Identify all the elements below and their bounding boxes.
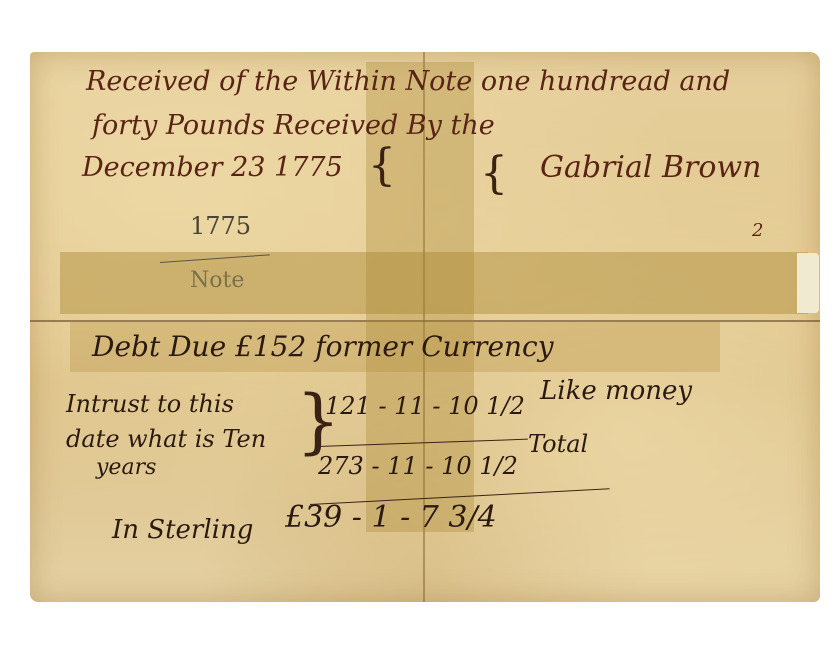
- total-amount: 273 - 11 - 10 1/2: [318, 452, 518, 480]
- total-label: Total: [528, 430, 588, 458]
- interest-label-2: date what is Ten: [66, 425, 266, 453]
- sterling-amount: £39 - 1 - 7 3/4: [285, 500, 497, 535]
- brace-mark: {: [368, 140, 396, 191]
- receipt-line-1: Received of the Within Note one hundread…: [86, 66, 730, 97]
- receipt-date: December 23 1775: [82, 152, 343, 183]
- receipt-line-2: forty Pounds Received By the: [92, 110, 495, 141]
- interest-label-3: years: [96, 455, 156, 480]
- interest-label-1: Intrust to this: [66, 390, 234, 418]
- tape-overhang: [797, 253, 819, 313]
- interest-note: Like money: [540, 376, 692, 406]
- interest-amount: 121 - 11 - 10 1/2: [325, 392, 525, 420]
- pencil-note-label: Note: [190, 268, 244, 293]
- sterling-label: In Sterling: [112, 515, 253, 545]
- corner-mark: 2: [752, 220, 763, 241]
- pencil-year: 1775: [190, 212, 251, 240]
- brace-mark: {: [480, 148, 508, 199]
- signature: Gabrial Brown: [540, 150, 761, 185]
- debt-due-line: Debt Due £152 former Currency: [92, 330, 554, 363]
